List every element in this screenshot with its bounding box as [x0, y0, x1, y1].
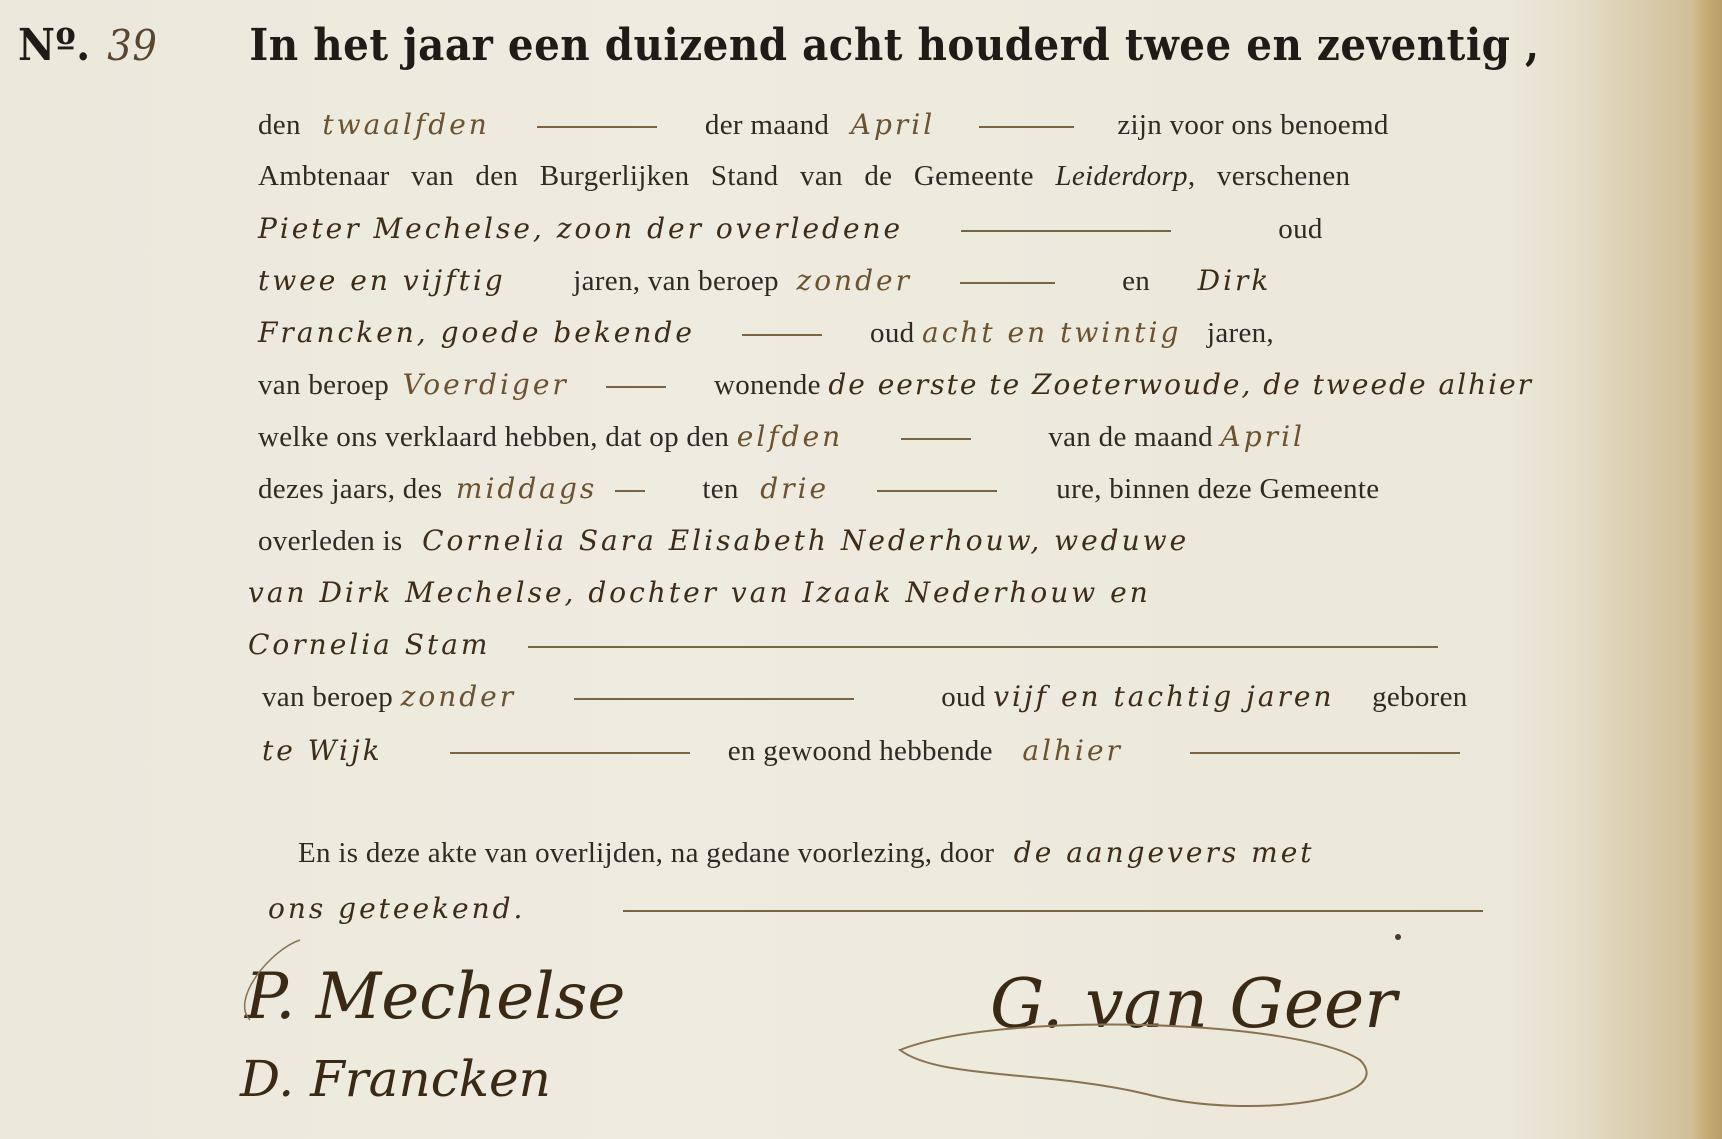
signature-flourish [0, 0, 1722, 1139]
page-edge [1692, 0, 1722, 1139]
document-page: Nº.39In het jaar een duizend acht houder… [0, 0, 1722, 1139]
